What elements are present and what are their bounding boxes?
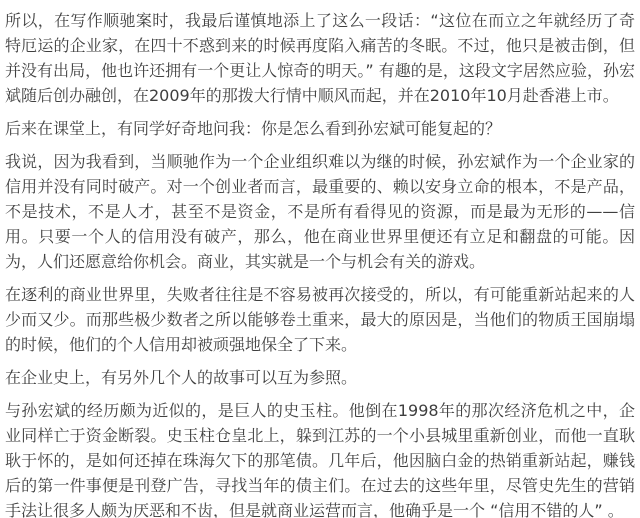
paragraph-business-world: 在逐利的商业世界里，失败者往往是不容易被再次接受的，所以，有可能重新站起来的人少… [5, 282, 635, 357]
article-body: 所以，在写作顺驰案时，我最后谨慎地添上了这么一段话：“这位在而立之年就经历了奇特… [0, 0, 640, 518]
paragraph-history-reference: 在企业史上，有另外几个人的故事可以互为参照。 [5, 365, 635, 390]
paragraph-shiyuzhu-story: 与孙宏斌的经历颇为近似的，是巨人的史玉柱。他倒在1998年的那次经济危机之中，企… [5, 398, 635, 518]
paragraph-credit-explanation: 我说，因为我看到，当顺驰作为一个企业组织难以为继的时候，孙宏斌作为一个企业家的信… [5, 149, 635, 274]
paragraph-classroom-question: 后来在课堂上，有同学好奇地问我：你是怎么看到孙宏斌可能复起的？ [5, 116, 635, 141]
paragraph-shunchi-quote: 所以，在写作顺驰案时，我最后谨慎地添上了这么一段话：“这位在而立之年就经历了奇特… [5, 8, 635, 108]
